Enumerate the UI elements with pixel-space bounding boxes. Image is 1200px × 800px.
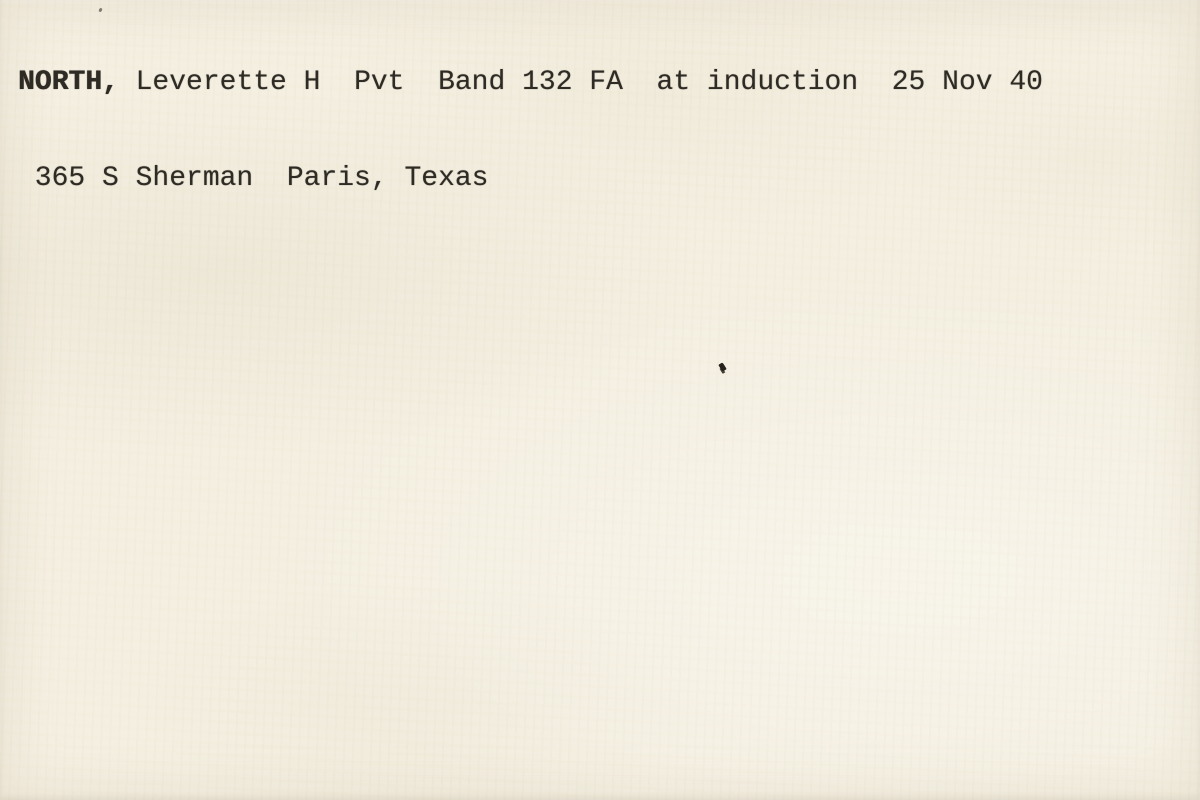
typed-line-2: 365 S Sherman Paris, Texas (18, 163, 1043, 195)
typed-text-block: NORTH, Leverette H Pvt Band 132 FA at in… (18, 3, 1043, 259)
surname-text: NORTH, (18, 67, 119, 98)
scanned-index-card: NORTH, Leverette H Pvt Band 132 FA at in… (0, 0, 1200, 800)
ink-speck (718, 362, 726, 371)
line1-detail-text: Leverette H Pvt Band 132 FA at induction… (119, 67, 1043, 98)
typed-line-1: NORTH, Leverette H Pvt Band 132 FA at in… (18, 67, 1043, 99)
